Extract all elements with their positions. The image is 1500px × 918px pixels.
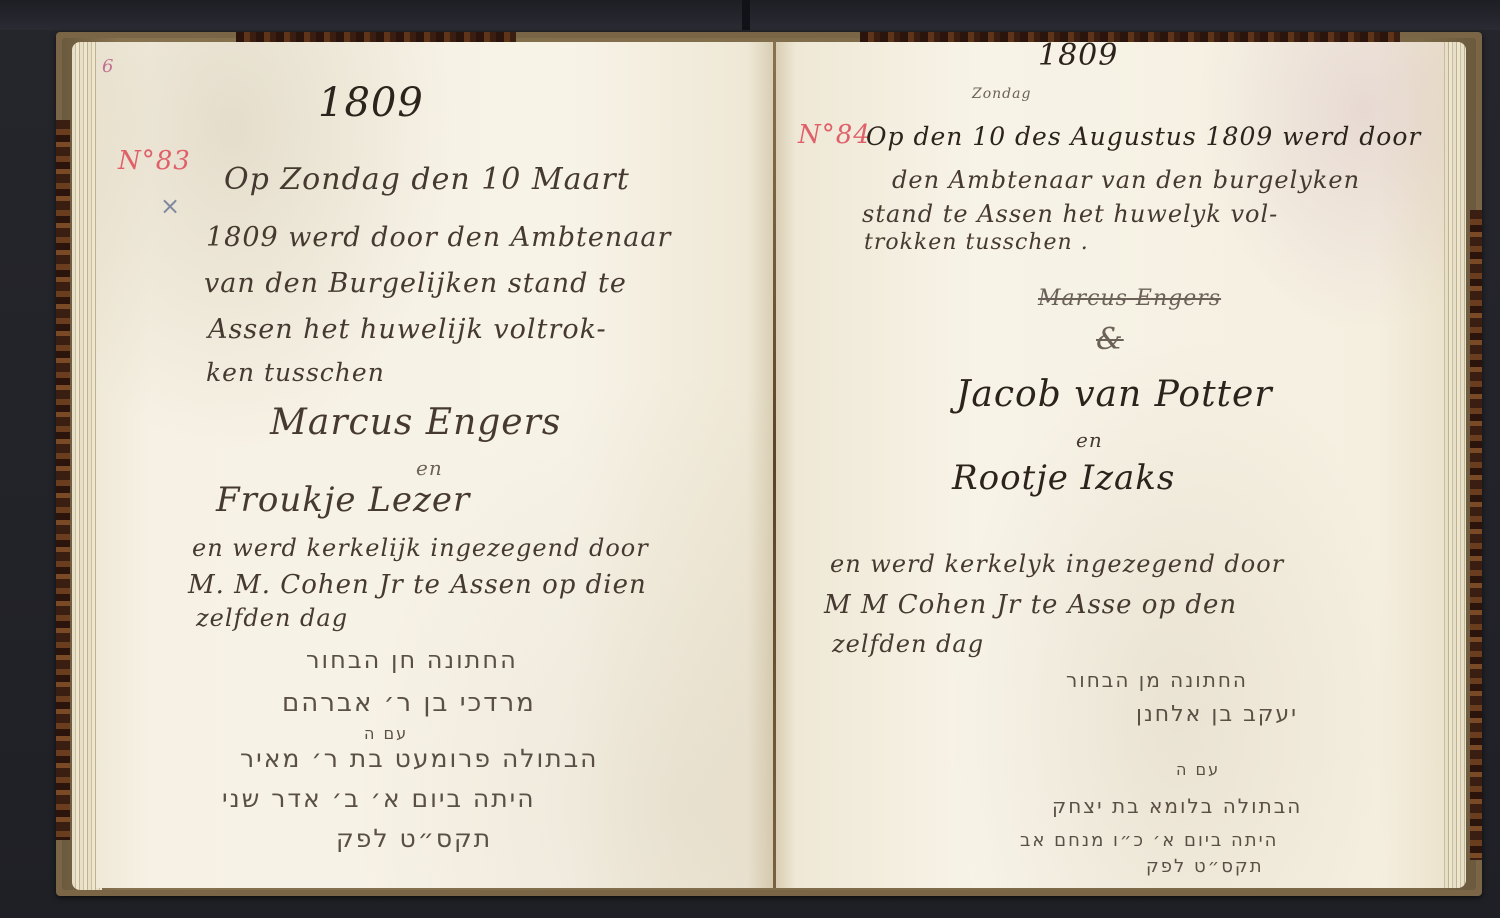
right-page: 1809 N°84 Zondag Op den 10 des Augustus … <box>776 42 1444 888</box>
groom-name: Marcus Engers <box>270 402 561 443</box>
entry-line: stand te Assen het huwelyk vol- <box>862 200 1278 228</box>
struck-through-ampersand: & <box>1096 322 1124 357</box>
marbled-edge-left <box>56 120 70 840</box>
hebrew-line: החתונה חן הבחור <box>306 646 518 674</box>
page-year: 1809 <box>1038 42 1118 73</box>
entry-line: trokken tusschen . <box>864 230 1089 255</box>
hebrew-line: הבתולה בלומא בת יצחק <box>1052 794 1302 818</box>
hebrew-line: עם ה <box>364 724 408 743</box>
bride-name: Froukje Lezer <box>216 480 470 520</box>
marbled-edge-top-right <box>860 32 1400 42</box>
hebrew-line: יעקב בן אלחנן <box>1136 702 1298 727</box>
entry-line: Op Zondag den 10 Maart <box>224 162 630 197</box>
hebrew-line: תקס״ט לפק <box>336 824 492 853</box>
page-year: 1809 <box>318 80 424 126</box>
shelf-gap <box>742 0 750 30</box>
entry-line: van den Burgelijken stand te <box>204 268 627 299</box>
closing-line: zelfden dag <box>196 604 348 632</box>
hebrew-line: היתה ביום א׳ ב׳ אדר שני <box>222 784 536 813</box>
marbled-edge-right <box>1470 210 1482 860</box>
entry-number: N°84 <box>798 120 871 150</box>
hebrew-line: מרדכי בן ר׳ אברהם <box>282 688 536 718</box>
closing-line: zelfden dag <box>832 630 984 658</box>
hebrew-line: תקס״ט לפק <box>1146 856 1264 877</box>
margin-cross-mark: × <box>160 192 180 220</box>
entry-line: ken tusschen <box>206 358 385 387</box>
hebrew-line: היתה ביום א׳ כ״ו מנחם אב <box>1020 830 1278 851</box>
document-photo: 6 1809 N°83 × Op Zondag den 10 Maart 180… <box>0 0 1500 918</box>
left-page: 6 1809 N°83 × Op Zondag den 10 Maart 180… <box>96 42 774 888</box>
hebrew-line: החתונה מן הבחור <box>1066 668 1248 692</box>
bride-name: Rootje Izaks <box>952 458 1175 498</box>
hebrew-line: עם ה <box>1176 760 1220 779</box>
marbled-edge-top-left <box>236 32 516 42</box>
entry-line: Assen het huwelijk voltrok- <box>208 314 607 345</box>
conjunction: en <box>1076 428 1103 452</box>
entry-number: N°83 <box>118 146 191 176</box>
groom-name: Jacob van Potter <box>956 374 1273 415</box>
closing-line: M M Cohen Jr te Asse op den <box>824 590 1237 620</box>
background-shelf <box>0 0 1500 30</box>
closing-line: en werd kerkelyk ingezegend door <box>830 550 1284 578</box>
struck-through-name: Marcus Engers <box>1038 286 1221 311</box>
closing-line: M. M. Cohen Jr te Assen op dien <box>188 570 647 600</box>
corner-mark: 6 <box>102 56 113 77</box>
closing-line: en werd kerkelijk ingezegend door <box>192 534 649 562</box>
entry-line: 1809 werd door den Ambtenaar <box>206 222 671 253</box>
conjunction: en <box>416 456 443 480</box>
hebrew-line: הבתולה פרומעט בת ר׳ מאיר <box>240 744 599 773</box>
entry-line: den Ambtenaar van den burgelyken <box>892 166 1360 194</box>
inserted-word: Zondag <box>972 86 1031 102</box>
entry-line: Op den 10 des Augustus 1809 werd door <box>866 122 1421 151</box>
